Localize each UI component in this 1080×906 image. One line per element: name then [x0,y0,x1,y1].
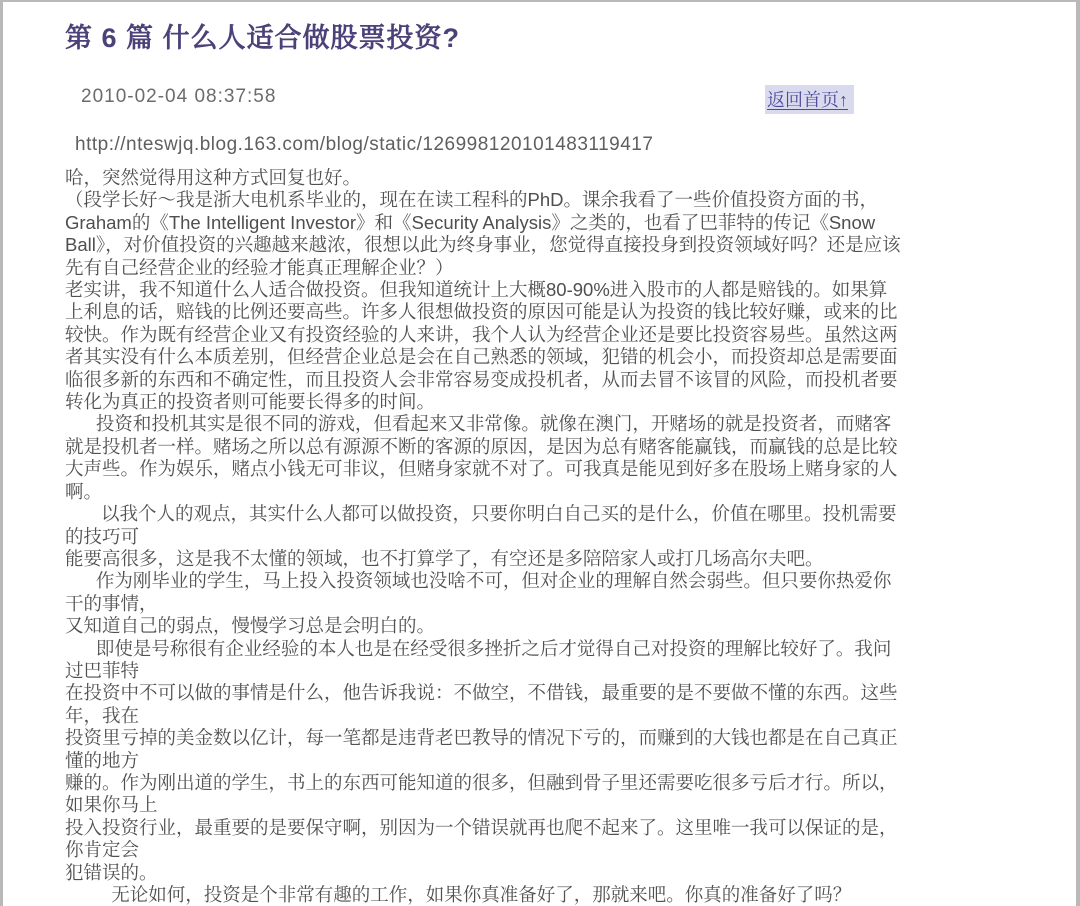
body-line: 大声些。作为娱乐，赌点小钱无可非议，但赌身家就不对了。可我真是能见到好多在股场上… [65,458,1055,480]
body-line: 较快。作为既有经营企业又有投资经验的人来讲，我个人认为经营企业还是要比投资容易些… [65,324,1055,346]
body-line: 在投资中不可以做的事情是什么，他告诉我说：不做空，不借钱，最重要的是不要做不懂的… [65,682,1055,704]
body-line: 上利息的话，赔钱的比例还要高些。许多人很想做投资的原因可能是认为投资的钱比较好赚… [65,301,1055,323]
body-line: 赚的。作为刚出道的学生，书上的东西可能知道的很多，但融到骨子里还需要吃很多亏后才… [65,772,1055,794]
body-line: 如果你马上 [65,794,1055,816]
body-line: 你肯定会 [65,839,1055,861]
body-line: 啊。 [65,481,1055,503]
body-line: 无论如何，投资是个非常有趣的工作，如果你真准备好了，那就来吧。你真的准备好了吗？ [65,884,1055,906]
body-line: 投入投资行业，最重要的是要保守啊，别因为一个错误就再也爬不起来了。这里唯一我可以… [65,817,1055,839]
body-line: 犯错误的。 [65,862,1055,884]
body-line: 懂的地方 [65,750,1055,772]
body-line: 临很多新的东西和不确定性，而且投资人会非常容易变成投机者，从而去冒不该冒的风险，… [65,369,1055,391]
body-line: Graham的《The Intelligent Investor》和《Secur… [65,212,1055,234]
body-line: 即使是号称很有企业经验的本人也是在经受很多挫折之后才觉得自己对投资的理解比较好了… [65,638,1055,660]
body-line: 就是投机者一样。赌场之所以总有源源不断的客源的原因，是因为总有赌客能赢钱，而赢钱… [65,436,1055,458]
post-body: 哈，突然觉得用这种方式回复也好。（段学长好～我是浙大电机系毕业的，现在在读工程科… [65,167,1055,906]
body-line: 过巴菲特 [65,660,1055,682]
body-line: 的技巧可 [65,526,1055,548]
body-line: 先有自己经营企业的经验才能真正理解企业？） [65,257,1055,279]
page-title: 第 6 篇 什么人适合做股票投资? [65,16,460,55]
back-to-home-link[interactable]: 返回首页↑ [765,85,854,114]
page: 第 6 篇 什么人适合做股票投资? 2010-02-04 08:37:58 返回… [0,0,1080,906]
body-line: 作为刚毕业的学生，马上投入投资领域也没啥不可，但对企业的理解自然会弱些。但只要你… [65,570,1055,592]
body-line: 又知道自己的弱点，慢慢学习总是会明白的。 [65,615,1055,637]
body-line: （段学长好～我是浙大电机系毕业的，现在在读工程科的PhD。课余我看了一些价值投资… [65,189,1055,211]
body-line: 能要高很多，这是我不太懂的领域，也不打算学了，有空还是多陪陪家人或打几场高尔夫吧… [65,548,1055,570]
body-line: 干的事情， [65,593,1055,615]
body-line: 年，我在 [65,705,1055,727]
body-line: 者其实没有什么本质差别，但经营企业总是会在自己熟悉的领域，犯错的机会小，而投资却… [65,346,1055,368]
body-line: Ball》，对价值投资的兴趣越来越浓，很想以此为终身事业，您觉得直接投身到投资领… [65,234,1055,256]
body-line: 投资和投机其实是很不同的游戏，但看起来又非常像。就像在澳门，开赌场的就是投资者，… [65,413,1055,435]
body-line: 以我个人的观点，其实什么人都可以做投资，只要你明白自己买的是什么，价值在哪里。投… [65,503,1055,525]
body-line: 老实讲，我不知道什么人适合做投资。但我知道统计上大概80-90%进入股市的人都是… [65,279,1055,301]
post-url: http://nteswjq.blog.163.com/blog/static/… [75,134,653,156]
post-date: 2010-02-04 08:37:58 [81,86,276,108]
body-line: 投资里亏掉的美金数以亿计，每一笔都是违背老巴教导的情况下亏的，而赚到的大钱也都是… [65,727,1055,749]
body-line: 哈，突然觉得用这种方式回复也好。 [65,167,1055,189]
body-line: 转化为真正的投资者则可能要长得多的时间。 [65,391,1055,413]
